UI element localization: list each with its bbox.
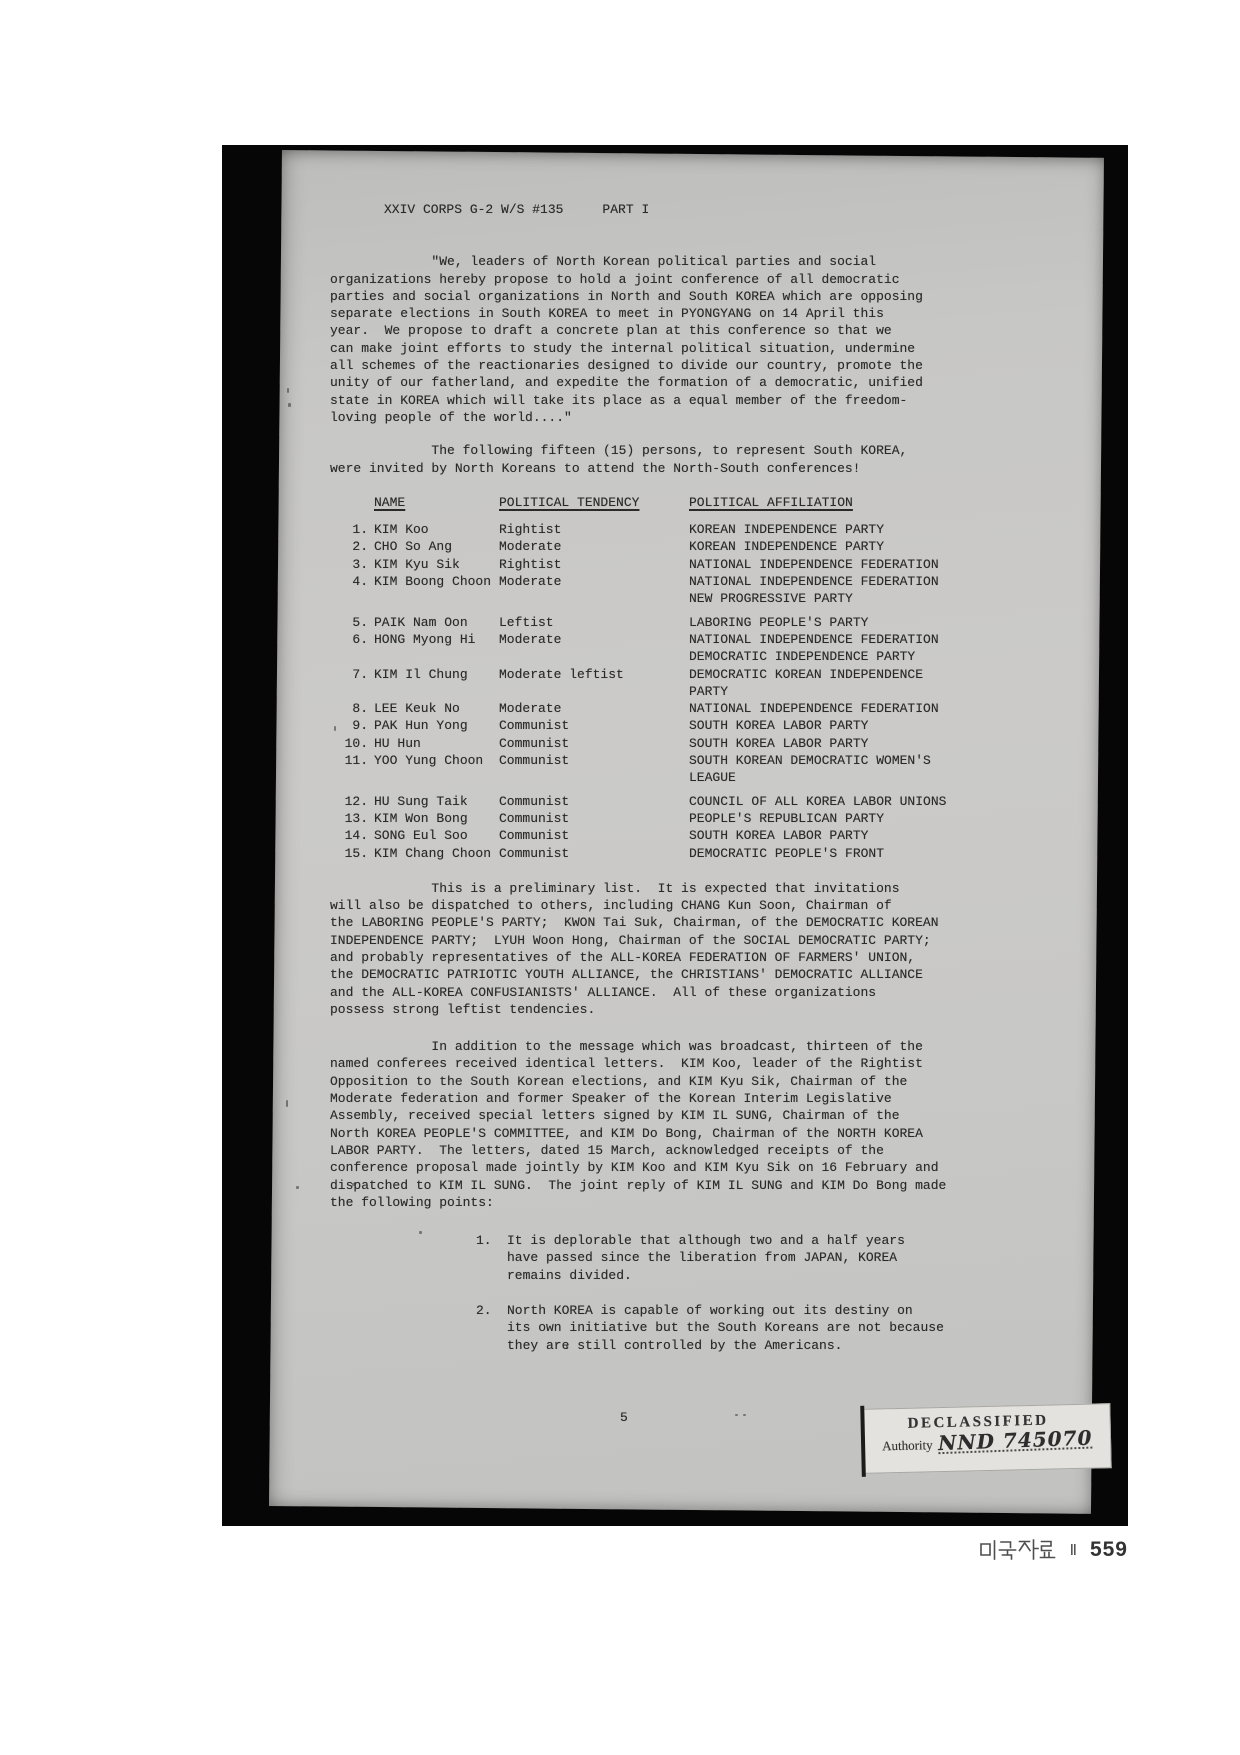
roster-cell-num: 3. <box>344 556 374 573</box>
roster-cell-tend <box>499 769 689 786</box>
text-line: have passed since the liberation from JA… <box>507 1249 905 1266</box>
roster-cell-num: 4. <box>344 573 374 590</box>
point-number: 1. <box>476 1232 507 1284</box>
roster-cell-name: HU Sung Taik <box>374 793 499 810</box>
stamp-edge-bar <box>860 1406 866 1477</box>
roster-header-spacer <box>344 494 374 511</box>
roster-cell-name <box>374 769 499 786</box>
roster-row: 7.KIM Il ChungModerate leftistDEMOCRATIC… <box>344 666 990 683</box>
text-line: state in KOREA which will take its place… <box>330 392 990 409</box>
roster-cell-tend: Communist <box>499 810 689 827</box>
numbered-points-list: 1.It is deplorable that although two and… <box>330 1232 990 1354</box>
text-line: remains divided. <box>507 1267 905 1284</box>
roster-row: 5.PAIK Nam OonLeftistLABORING PEOPLE'S P… <box>344 614 990 631</box>
text-line: Assembly, received special letters signe… <box>330 1107 990 1124</box>
roster-cell-aff: LEAGUE <box>689 769 990 786</box>
roster-cell-aff: NATIONAL INDEPENDENCE FEDERATION <box>689 700 990 717</box>
text-line: This is a preliminary list. It is expect… <box>330 880 990 897</box>
roster-cell-tend: Communist <box>499 735 689 752</box>
text-line: INDEPENDENCE PARTY; LYUH Woon Hong, Chai… <box>330 932 990 949</box>
ink-speck <box>566 1345 568 1349</box>
roster-cell-tend: Rightist <box>499 521 689 538</box>
roster-cell-aff: NATIONAL INDEPENDENCE FEDERATION <box>689 631 990 648</box>
ink-speck <box>287 388 289 393</box>
roster-cell-name: KIM Koo <box>374 521 499 538</box>
text-line: named conferees received identical lette… <box>330 1055 990 1072</box>
text-line: It is deplorable that although two and a… <box>507 1232 905 1249</box>
roster-cell-tend: Moderate <box>499 631 689 648</box>
roster-cell-aff: NATIONAL INDEPENDENCE FEDERATION <box>689 556 990 573</box>
page-number: 5 <box>620 1409 628 1426</box>
roster-cell-tend: Moderate <box>499 573 689 590</box>
ink-speck <box>352 1183 355 1186</box>
roster-cell-num <box>344 683 374 700</box>
book-page-number: 559 <box>1090 1538 1128 1562</box>
roster-cell-tend <box>499 590 689 607</box>
roster-cell-tend: Leftist <box>499 614 689 631</box>
roster-row: 3.KIM Kyu SikRightistNATIONAL INDEPENDEN… <box>344 556 990 573</box>
roster-cell-aff: PARTY <box>689 683 990 700</box>
ink-speck <box>735 1414 738 1416</box>
text-line: Moderate federation and former Speaker o… <box>330 1090 990 1107</box>
roster-header-row: NAME POLITICAL TENDENCY POLITICAL AFFILI… <box>344 494 990 511</box>
roster-row: 10.HU HunCommunistSOUTH KOREA LABOR PART… <box>344 735 990 752</box>
roster-cell-num: 15. <box>344 845 374 862</box>
text-line: and probably representatives of the ALL-… <box>330 949 990 966</box>
roster-cell-tend: Moderate <box>499 700 689 717</box>
roster-row: 13.KIM Won BongCommunistPEOPLE'S REPUBLI… <box>344 810 990 827</box>
stamp-authority-number: NND 745070 <box>937 1429 1092 1455</box>
roster-cell-tend: Rightist <box>499 556 689 573</box>
text-line: will also be dispatched to others, inclu… <box>330 897 990 914</box>
text-line: all schemes of the reactionaries designe… <box>330 357 990 374</box>
point-text: It is deplorable that although two and a… <box>507 1232 905 1284</box>
roster-row: 8.LEE Keuk NoModerateNATIONAL INDEPENDEN… <box>344 700 990 717</box>
ink-speck <box>296 1186 299 1189</box>
roster-cell-tend: Communist <box>499 845 689 862</box>
roster-cell-num: 13. <box>344 810 374 827</box>
quoted-proposal-paragraph: "We, leaders of North Korean political p… <box>330 253 990 426</box>
roster-cell-num: 10. <box>344 735 374 752</box>
roster-cell-num <box>344 590 374 607</box>
roster-row-continuation: LEAGUE <box>344 769 990 786</box>
roster-cell-num: 6. <box>344 631 374 648</box>
text-line: parties and social organizations in Nort… <box>330 288 990 305</box>
korean-caption-drawing <box>980 1539 1058 1561</box>
roster-cell-name: SONG Eul Soo <box>374 827 499 844</box>
roster-cell-aff: COUNCIL OF ALL KOREA LABOR UNIONS <box>689 793 990 810</box>
roster-row: 2.CHO So AngModerateKOREAN INDEPENDENCE … <box>344 538 990 555</box>
roster-cell-tend <box>499 683 689 700</box>
roster-cell-tend: Communist <box>499 827 689 844</box>
text-line: North KOREA is capable of working out it… <box>507 1302 944 1319</box>
text-line: organizations hereby propose to hold a j… <box>330 271 990 288</box>
roster-cell-aff: SOUTH KOREA LABOR PARTY <box>689 717 990 734</box>
delegate-roster-table: 1.KIM KooRightistKOREAN INDEPENDENCE PAR… <box>330 521 990 862</box>
text-line: "We, leaders of North Korean political p… <box>330 253 990 270</box>
roster-cell-name: PAK Hun Yong <box>374 717 499 734</box>
ink-speck <box>286 1100 288 1107</box>
roster-cell-name: KIM Chang Choon <box>374 845 499 862</box>
roster-cell-name: LEE Keuk No <box>374 700 499 717</box>
roster-cell-aff: KOREAN INDEPENDENCE PARTY <box>689 538 990 555</box>
ink-speck <box>334 726 336 731</box>
roster-cell-num: 5. <box>344 614 374 631</box>
roster-cell-num: 1. <box>344 521 374 538</box>
roster-cell-aff: SOUTH KOREA LABOR PARTY <box>689 827 990 844</box>
roster-cell-tend: Moderate <box>499 538 689 555</box>
roster-cell-name: CHO So Ang <box>374 538 499 555</box>
text-line: In addition to the message which was bro… <box>330 1038 990 1055</box>
text-line: unity of our fatherland, and expedite th… <box>330 374 990 391</box>
ink-speck <box>288 403 291 407</box>
text-line: the LABORING PEOPLE'S PARTY; KWON Tai Su… <box>330 914 990 931</box>
declassified-stamp: DECLASSIFIED Authority NND 745070 <box>861 1403 1111 1474</box>
roster-cell-num: 7. <box>344 666 374 683</box>
roster-cell-aff: NEW PROGRESSIVE PARTY <box>689 590 990 607</box>
roster-cell-aff: LABORING PEOPLE'S PARTY <box>689 614 990 631</box>
text-line: North KOREA PEOPLE'S COMMITTEE, and KIM … <box>330 1125 990 1142</box>
roster-cell-num: 9. <box>344 717 374 734</box>
roster-cell-name: KIM Kyu Sik <box>374 556 499 573</box>
roster-row: 12.HU Sung TaikCommunistCOUNCIL OF ALL K… <box>344 793 990 810</box>
roster-row: 4.KIM Boong ChoonModerateNATIONAL INDEPE… <box>344 573 990 590</box>
roster-cell-num <box>344 769 374 786</box>
text-line: and the ALL-KOREA CONFUSIANISTS' ALLIANC… <box>330 984 990 1001</box>
roster-cell-name <box>374 683 499 700</box>
text-line: loving people of the world...." <box>330 409 990 426</box>
text-line: Opposition to the South Korean elections… <box>330 1073 990 1090</box>
numbered-point: 2.North KOREA is capable of working out … <box>476 1302 990 1354</box>
point-number: 2. <box>476 1302 507 1354</box>
document-body: XXIV CORPS G-2 W/S #135 PART I "We, lead… <box>330 145 990 1526</box>
ink-speck <box>743 1414 746 1416</box>
invitation-paragraph: The following fifteen (15) persons, to r… <box>330 442 990 477</box>
roster-cell-name: HU Hun <box>374 735 499 752</box>
roster-cell-num: 11. <box>344 752 374 769</box>
roster-row: 1.KIM KooRightistKOREAN INDEPENDENCE PAR… <box>344 521 990 538</box>
roster-cell-name: YOO Yung Choon <box>374 752 499 769</box>
roster-cell-name <box>374 648 499 665</box>
roster-row-continuation: PARTY <box>344 683 990 700</box>
book-page-scan: { "page": { "header": "XXIV CORPS G-2 W/… <box>0 0 1240 1755</box>
roster-cell-name <box>374 590 499 607</box>
roster-cell-tend: Communist <box>499 752 689 769</box>
text-line: its own initiative but the South Koreans… <box>507 1319 944 1336</box>
text-line: separate elections in South KOREA to mee… <box>330 305 990 322</box>
roster-cell-num: 12. <box>344 793 374 810</box>
roster-cell-aff: DEMOCRATIC PEOPLE'S FRONT <box>689 845 990 862</box>
text-line: The following fifteen (15) persons, to r… <box>330 442 990 459</box>
text-line: dispatched to KIM IL SUNG. The joint rep… <box>330 1177 990 1194</box>
text-line: can make joint efforts to study the inte… <box>330 340 990 357</box>
roster-row: 9.PAK Hun YongCommunistSOUTH KOREA LABOR… <box>344 717 990 734</box>
text-line: possess strong leftist tendencies. <box>330 1001 990 1018</box>
preliminary-list-paragraph: This is a preliminary list. It is expect… <box>330 880 990 1018</box>
text-line: LABOR PARTY. The letters, dated 15 March… <box>330 1142 990 1159</box>
roster-cell-aff: DEMOCRATIC KOREAN INDEPENDENCE <box>689 666 990 683</box>
text-line: they are still controlled by the America… <box>507 1337 944 1354</box>
roster-row: 11.YOO Yung ChoonCommunistSOUTH KOREAN D… <box>344 752 990 769</box>
document-header: XXIV CORPS G-2 W/S #135 PART I <box>384 201 990 218</box>
roster-cell-num <box>344 648 374 665</box>
scanned-document-frame: XXIV CORPS G-2 W/S #135 PART I "We, lead… <box>222 145 1128 1526</box>
text-line: were invited by North Koreans to attend … <box>330 460 990 477</box>
roster-cell-aff: NATIONAL INDEPENDENCE FEDERATION <box>689 573 990 590</box>
roster-cell-tend: Communist <box>499 793 689 810</box>
text-line: the following points: <box>330 1194 990 1211</box>
roster-cell-name: PAIK Nam Oon <box>374 614 499 631</box>
numbered-point: 1.It is deplorable that although two and… <box>476 1232 990 1284</box>
roster-cell-aff: SOUTH KOREAN DEMOCRATIC WOMEN'S <box>689 752 990 769</box>
roster-row: 6.HONG Myong HiModerateNATIONAL INDEPEND… <box>344 631 990 648</box>
korean-caption-glyphs: 미국자료 <box>980 1539 1058 1561</box>
volume-numeral: Ⅱ <box>1070 1541 1078 1559</box>
roster-cell-aff: PEOPLE'S REPUBLICAN PARTY <box>689 810 990 827</box>
roster-cell-num: 8. <box>344 700 374 717</box>
roster-row: 14.SONG Eul SooCommunistSOUTH KOREA LABO… <box>344 827 990 844</box>
roster-cell-name: KIM Won Bong <box>374 810 499 827</box>
roster-cell-num: 2. <box>344 538 374 555</box>
text-line: the DEMOCRATIC PATRIOTIC YOUTH ALLIANCE,… <box>330 966 990 983</box>
roster-cell-name: HONG Myong Hi <box>374 631 499 648</box>
roster-cell-name: KIM Il Chung <box>374 666 499 683</box>
roster-cell-num: 14. <box>344 827 374 844</box>
roster-header-affiliation: POLITICAL AFFILIATION <box>689 495 853 510</box>
text-line: conference proposal made jointly by KIM … <box>330 1159 990 1176</box>
roster-row-continuation: NEW PROGRESSIVE PARTY <box>344 590 990 607</box>
roster-cell-tend <box>499 648 689 665</box>
roster-row-continuation: DEMOCRATIC INDEPENDENCE PARTY <box>344 648 990 665</box>
letters-paragraph: In addition to the message which was bro… <box>330 1038 990 1211</box>
stamp-authority-label: Authority <box>882 1437 933 1455</box>
roster-cell-aff: KOREAN INDEPENDENCE PARTY <box>689 521 990 538</box>
point-text: North KOREA is capable of working out it… <box>507 1302 944 1354</box>
roster-cell-aff: DEMOCRATIC INDEPENDENCE PARTY <box>689 648 990 665</box>
roster-row: 15.KIM Chang ChoonCommunistDEMOCRATIC PE… <box>344 845 990 862</box>
roster-cell-name: KIM Boong Choon <box>374 573 499 590</box>
roster-header-name: NAME <box>374 495 405 510</box>
text-line: year. We propose to draft a concrete pla… <box>330 322 990 339</box>
roster-cell-aff: SOUTH KOREA LABOR PARTY <box>689 735 990 752</box>
roster-cell-tend: Communist <box>499 717 689 734</box>
roster-header-tendency: POLITICAL TENDENCY <box>499 495 639 510</box>
book-footer-caption: 미국자료 Ⅱ 559 <box>980 1538 1128 1562</box>
roster-cell-tend: Moderate leftist <box>499 666 689 683</box>
ink-speck <box>419 1231 422 1234</box>
